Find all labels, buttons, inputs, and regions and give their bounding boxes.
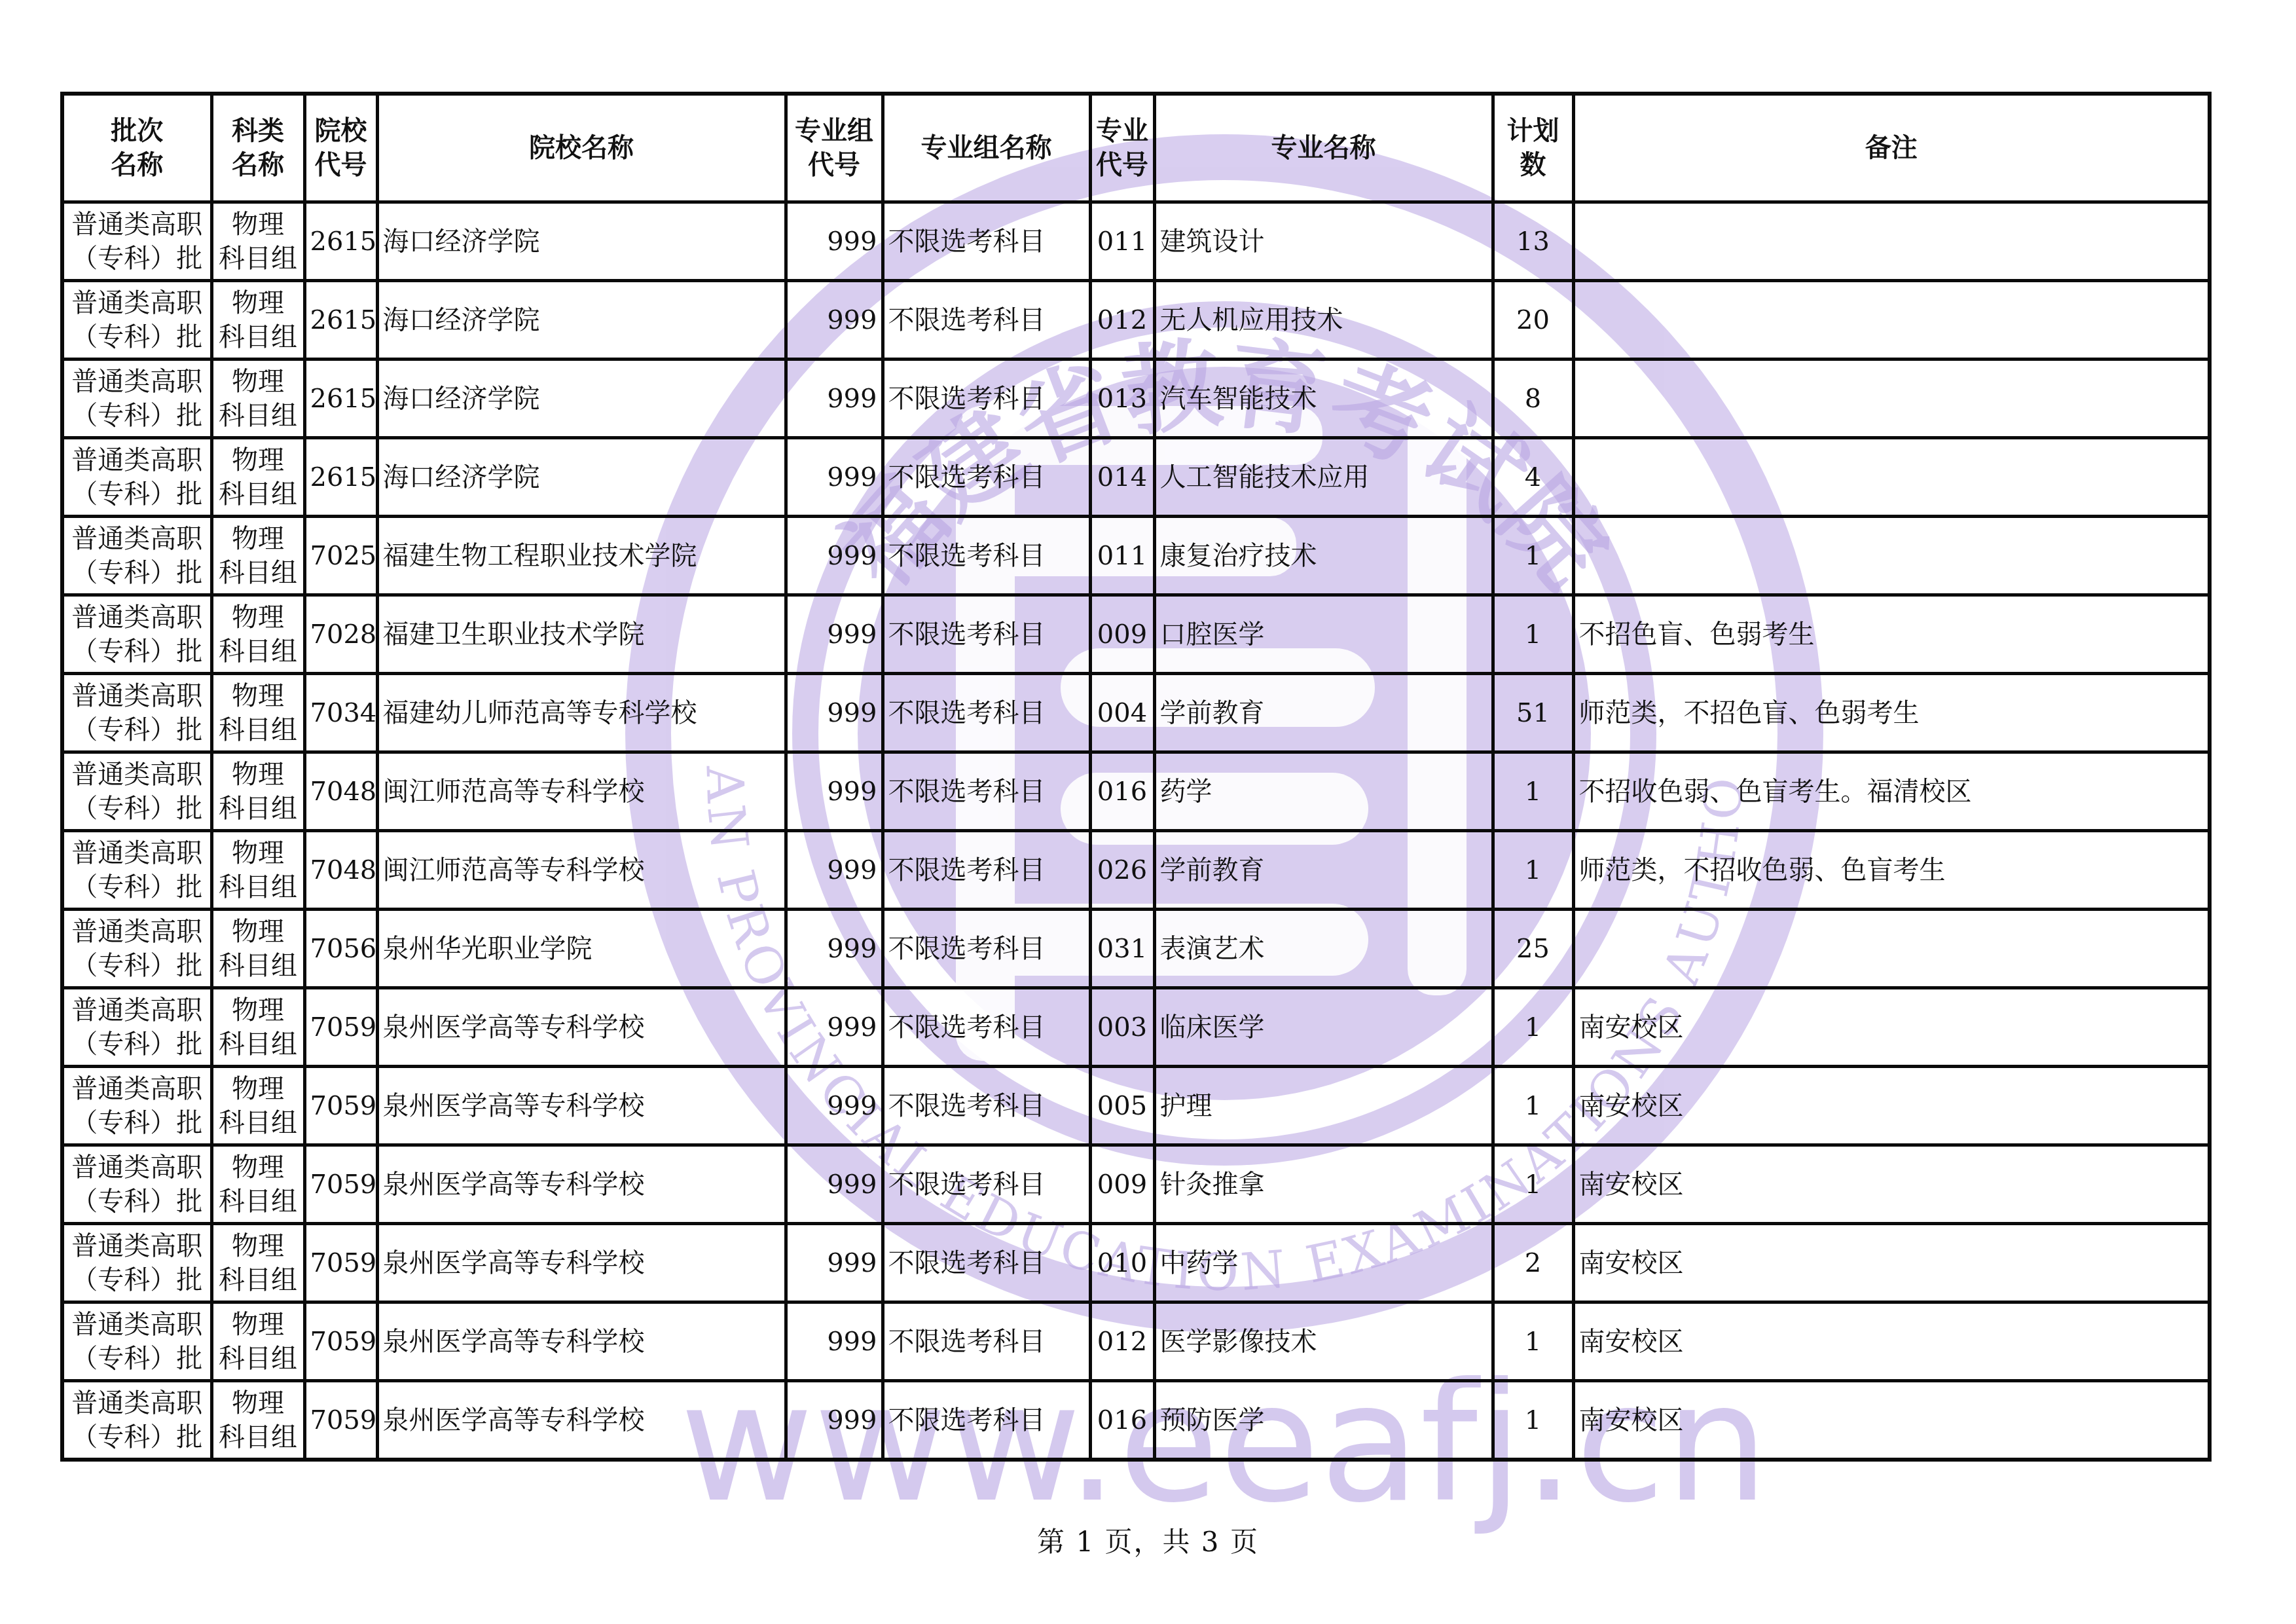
cell-major-name: 医学影像技术 [1154, 1302, 1493, 1381]
cell-major-code: 011 [1090, 202, 1154, 281]
cell-major-name: 临床医学 [1154, 988, 1493, 1067]
cell-plan-count: 51 [1493, 674, 1573, 752]
cell-remark: 不招收色弱、色盲考生。福清校区 [1573, 752, 2210, 831]
header-subject: 科类名称 [211, 94, 304, 202]
header-group-code: 专业组代号 [786, 94, 883, 202]
cell-plan-count: 1 [1493, 831, 1573, 910]
cell-group-name: 不限选考科目 [883, 1381, 1090, 1460]
cell-remark [1573, 517, 2210, 595]
cell-remark [1573, 202, 2210, 281]
table-row: 普通类高职（专科）批物理科目组7034福建幼儿师范高等专科学校999不限选考科目… [62, 674, 2210, 752]
cell-group-name: 不限选考科目 [883, 595, 1090, 674]
cell-major-code: 011 [1090, 517, 1154, 595]
header-plan-count: 计划数 [1493, 94, 1573, 202]
cell-major-code: 016 [1090, 752, 1154, 831]
cell-subject: 物理科目组 [211, 438, 304, 517]
cell-school-code: 2615 [304, 360, 377, 438]
cell-batch: 普通类高职（专科）批 [62, 831, 211, 910]
cell-batch: 普通类高职（专科）批 [62, 674, 211, 752]
cell-subject: 物理科目组 [211, 517, 304, 595]
cell-subject: 物理科目组 [211, 1302, 304, 1381]
cell-group-name: 不限选考科目 [883, 1067, 1090, 1145]
cell-remark: 南安校区 [1573, 1145, 2210, 1224]
cell-major-name: 表演艺术 [1154, 910, 1493, 988]
table-header-row: 批次名称 科类名称 院校代号 院校名称 专业组代号 专业组名称 专业代号 专业名… [62, 94, 2210, 202]
table-row: 普通类高职（专科）批物理科目组2615海口经济学院999不限选考科目013汽车智… [62, 360, 2210, 438]
cell-school-code: 7059 [304, 1224, 377, 1302]
cell-school-code: 7059 [304, 1381, 377, 1460]
cell-major-code: 012 [1090, 1302, 1154, 1381]
cell-group-name: 不限选考科目 [883, 1145, 1090, 1224]
cell-batch: 普通类高职（专科）批 [62, 910, 211, 988]
cell-plan-count: 20 [1493, 281, 1573, 360]
cell-group-name: 不限选考科目 [883, 988, 1090, 1067]
cell-plan-count: 13 [1493, 202, 1573, 281]
cell-remark [1573, 360, 2210, 438]
cell-plan-count: 2 [1493, 1224, 1573, 1302]
cell-subject: 物理科目组 [211, 1224, 304, 1302]
cell-major-code: 031 [1090, 910, 1154, 988]
cell-major-name: 人工智能技术应用 [1154, 438, 1493, 517]
cell-remark: 不招色盲、色弱考生 [1573, 595, 2210, 674]
cell-group-code: 999 [786, 281, 883, 360]
cell-major-name: 针灸推拿 [1154, 1145, 1493, 1224]
cell-batch: 普通类高职（专科）批 [62, 517, 211, 595]
cell-plan-count: 1 [1493, 1302, 1573, 1381]
header-group-name: 专业组名称 [883, 94, 1090, 202]
cell-group-name: 不限选考科目 [883, 360, 1090, 438]
cell-school-name: 海口经济学院 [377, 281, 786, 360]
cell-batch: 普通类高职（专科）批 [62, 1224, 211, 1302]
cell-major-name: 中药学 [1154, 1224, 1493, 1302]
cell-subject: 物理科目组 [211, 1145, 304, 1224]
cell-remark: 南安校区 [1573, 1067, 2210, 1145]
cell-plan-count: 1 [1493, 1381, 1573, 1460]
cell-remark [1573, 438, 2210, 517]
cell-school-code: 7059 [304, 1145, 377, 1224]
cell-school-name: 泉州华光职业学院 [377, 910, 786, 988]
cell-batch: 普通类高职（专科）批 [62, 1381, 211, 1460]
cell-group-name: 不限选考科目 [883, 674, 1090, 752]
cell-major-code: 026 [1090, 831, 1154, 910]
table-row: 普通类高职（专科）批物理科目组7059泉州医学高等专科学校999不限选考科目00… [62, 988, 2210, 1067]
cell-subject: 物理科目组 [211, 910, 304, 988]
cell-group-name: 不限选考科目 [883, 438, 1090, 517]
cell-subject: 物理科目组 [211, 281, 304, 360]
cell-subject: 物理科目组 [211, 831, 304, 910]
cell-remark: 师范类，不招色盲、色弱考生 [1573, 674, 2210, 752]
cell-school-code: 2615 [304, 281, 377, 360]
cell-group-name: 不限选考科目 [883, 202, 1090, 281]
cell-batch: 普通类高职（专科）批 [62, 438, 211, 517]
cell-plan-count: 1 [1493, 1145, 1573, 1224]
cell-major-name: 药学 [1154, 752, 1493, 831]
cell-batch: 普通类高职（专科）批 [62, 281, 211, 360]
cell-plan-count: 1 [1493, 517, 1573, 595]
cell-batch: 普通类高职（专科）批 [62, 988, 211, 1067]
cell-group-code: 999 [786, 438, 883, 517]
cell-remark [1573, 910, 2210, 988]
cell-school-code: 7048 [304, 831, 377, 910]
table-row: 普通类高职（专科）批物理科目组7028福建卫生职业技术学院999不限选考科目00… [62, 595, 2210, 674]
cell-group-code: 999 [786, 1067, 883, 1145]
cell-subject: 物理科目组 [211, 595, 304, 674]
table-row: 普通类高职（专科）批物理科目组7056泉州华光职业学院999不限选考科目031表… [62, 910, 2210, 988]
table-row: 普通类高职（专科）批物理科目组7059泉州医学高等专科学校999不限选考科目00… [62, 1145, 2210, 1224]
cell-subject: 物理科目组 [211, 752, 304, 831]
cell-remark: 师范类，不招收色弱、色盲考生 [1573, 831, 2210, 910]
page-indicator: 第 1 页，共 3 页 [0, 1521, 2296, 1560]
cell-school-name: 泉州医学高等专科学校 [377, 988, 786, 1067]
cell-group-name: 不限选考科目 [883, 1224, 1090, 1302]
cell-group-code: 999 [786, 752, 883, 831]
cell-major-name: 无人机应用技术 [1154, 281, 1493, 360]
cell-school-code: 7059 [304, 1067, 377, 1145]
cell-group-code: 999 [786, 1302, 883, 1381]
cell-group-code: 999 [786, 595, 883, 674]
cell-major-name: 康复治疗技术 [1154, 517, 1493, 595]
cell-major-code: 009 [1090, 595, 1154, 674]
table-row: 普通类高职（专科）批物理科目组7059泉州医学高等专科学校999不限选考科目00… [62, 1067, 2210, 1145]
cell-plan-count: 1 [1493, 595, 1573, 674]
table-row: 普通类高职（专科）批物理科目组7048闽江师范高等专科学校999不限选考科目02… [62, 831, 2210, 910]
table-row: 普通类高职（专科）批物理科目组7059泉州医学高等专科学校999不限选考科目01… [62, 1224, 2210, 1302]
cell-batch: 普通类高职（专科）批 [62, 360, 211, 438]
cell-major-name: 学前教育 [1154, 831, 1493, 910]
table-row: 普通类高职（专科）批物理科目组7059泉州医学高等专科学校999不限选考科目01… [62, 1381, 2210, 1460]
table-row: 普通类高职（专科）批物理科目组2615海口经济学院999不限选考科目012无人机… [62, 281, 2210, 360]
cell-major-code: 012 [1090, 281, 1154, 360]
cell-batch: 普通类高职（专科）批 [62, 595, 211, 674]
cell-school-name: 闽江师范高等专科学校 [377, 752, 786, 831]
cell-subject: 物理科目组 [211, 988, 304, 1067]
header-remark: 备注 [1573, 94, 2210, 202]
cell-major-name: 建筑设计 [1154, 202, 1493, 281]
cell-group-name: 不限选考科目 [883, 752, 1090, 831]
table-row: 普通类高职（专科）批物理科目组7059泉州医学高等专科学校999不限选考科目01… [62, 1302, 2210, 1381]
cell-school-code: 7028 [304, 595, 377, 674]
cell-remark: 南安校区 [1573, 1302, 2210, 1381]
cell-school-name: 泉州医学高等专科学校 [377, 1381, 786, 1460]
cell-group-code: 999 [786, 988, 883, 1067]
cell-school-code: 7056 [304, 910, 377, 988]
cell-major-code: 004 [1090, 674, 1154, 752]
cell-plan-count: 1 [1493, 988, 1573, 1067]
cell-group-code: 999 [786, 1381, 883, 1460]
table-row: 普通类高职（专科）批物理科目组7025福建生物工程职业技术学院999不限选考科目… [62, 517, 2210, 595]
cell-group-code: 999 [786, 202, 883, 281]
cell-school-code: 2615 [304, 438, 377, 517]
cell-school-name: 海口经济学院 [377, 438, 786, 517]
cell-batch: 普通类高职（专科）批 [62, 202, 211, 281]
cell-school-name: 泉州医学高等专科学校 [377, 1224, 786, 1302]
cell-major-name: 口腔医学 [1154, 595, 1493, 674]
cell-school-name: 福建生物工程职业技术学院 [377, 517, 786, 595]
cell-subject: 物理科目组 [211, 1067, 304, 1145]
cell-school-code: 2615 [304, 202, 377, 281]
cell-plan-count: 25 [1493, 910, 1573, 988]
cell-school-name: 海口经济学院 [377, 202, 786, 281]
cell-school-code: 7059 [304, 1302, 377, 1381]
cell-school-name: 泉州医学高等专科学校 [377, 1145, 786, 1224]
table-row: 普通类高职（专科）批物理科目组2615海口经济学院999不限选考科目014人工智… [62, 438, 2210, 517]
cell-group-name: 不限选考科目 [883, 281, 1090, 360]
cell-school-code: 7048 [304, 752, 377, 831]
cell-major-code: 013 [1090, 360, 1154, 438]
cell-remark [1573, 281, 2210, 360]
cell-school-name: 海口经济学院 [377, 360, 786, 438]
cell-group-name: 不限选考科目 [883, 831, 1090, 910]
cell-plan-count: 1 [1493, 752, 1573, 831]
cell-subject: 物理科目组 [211, 202, 304, 281]
cell-major-name: 预防医学 [1154, 1381, 1493, 1460]
cell-school-name: 泉州医学高等专科学校 [377, 1067, 786, 1145]
cell-major-name: 学前教育 [1154, 674, 1493, 752]
header-major-code: 专业代号 [1090, 94, 1154, 202]
cell-school-name: 闽江师范高等专科学校 [377, 831, 786, 910]
enrollment-plan-table: 批次名称 科类名称 院校代号 院校名称 专业组代号 专业组名称 专业代号 专业名… [60, 92, 2212, 1462]
cell-major-code: 016 [1090, 1381, 1154, 1460]
cell-major-name: 护理 [1154, 1067, 1493, 1145]
table-row: 普通类高职（专科）批物理科目组7048闽江师范高等专科学校999不限选考科目01… [62, 752, 2210, 831]
cell-batch: 普通类高职（专科）批 [62, 752, 211, 831]
cell-group-code: 999 [786, 360, 883, 438]
header-batch: 批次名称 [62, 94, 211, 202]
cell-group-name: 不限选考科目 [883, 1302, 1090, 1381]
cell-major-code: 003 [1090, 988, 1154, 1067]
cell-batch: 普通类高职（专科）批 [62, 1145, 211, 1224]
cell-group-name: 不限选考科目 [883, 517, 1090, 595]
header-school-name: 院校名称 [377, 94, 786, 202]
header-school-code: 院校代号 [304, 94, 377, 202]
cell-group-code: 999 [786, 1224, 883, 1302]
cell-major-code: 014 [1090, 438, 1154, 517]
cell-subject: 物理科目组 [211, 1381, 304, 1460]
cell-major-code: 009 [1090, 1145, 1154, 1224]
cell-group-name: 不限选考科目 [883, 910, 1090, 988]
cell-plan-count: 8 [1493, 360, 1573, 438]
cell-group-code: 999 [786, 517, 883, 595]
cell-school-code: 7034 [304, 674, 377, 752]
cell-school-code: 7025 [304, 517, 377, 595]
cell-school-name: 福建幼儿师范高等专科学校 [377, 674, 786, 752]
cell-major-code: 005 [1090, 1067, 1154, 1145]
table-row: 普通类高职（专科）批物理科目组2615海口经济学院999不限选考科目011建筑设… [62, 202, 2210, 281]
cell-remark: 南安校区 [1573, 1381, 2210, 1460]
header-major-name: 专业名称 [1154, 94, 1493, 202]
cell-plan-count: 1 [1493, 1067, 1573, 1145]
cell-school-name: 福建卫生职业技术学院 [377, 595, 786, 674]
cell-batch: 普通类高职（专科）批 [62, 1067, 211, 1145]
cell-group-code: 999 [786, 674, 883, 752]
cell-major-code: 010 [1090, 1224, 1154, 1302]
cell-remark: 南安校区 [1573, 988, 2210, 1067]
cell-group-code: 999 [786, 910, 883, 988]
cell-group-code: 999 [786, 1145, 883, 1224]
cell-batch: 普通类高职（专科）批 [62, 1302, 211, 1381]
cell-school-code: 7059 [304, 988, 377, 1067]
cell-subject: 物理科目组 [211, 360, 304, 438]
cell-subject: 物理科目组 [211, 674, 304, 752]
cell-group-code: 999 [786, 831, 883, 910]
cell-remark: 南安校区 [1573, 1224, 2210, 1302]
cell-school-name: 泉州医学高等专科学校 [377, 1302, 786, 1381]
cell-major-name: 汽车智能技术 [1154, 360, 1493, 438]
cell-plan-count: 4 [1493, 438, 1573, 517]
